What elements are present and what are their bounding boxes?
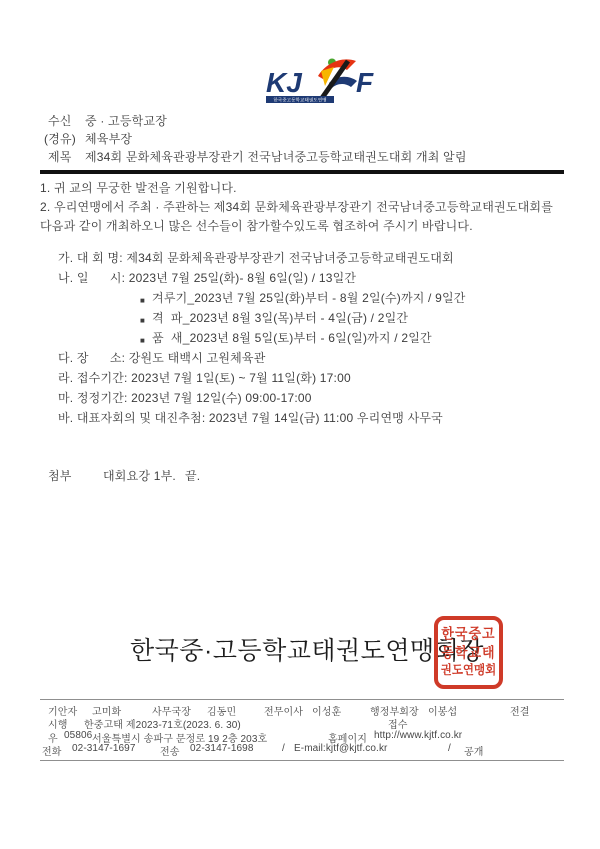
square-bullet-icon: ■ [140,313,145,328]
attachment-value: 대회요강 1부. [103,469,176,484]
subject-value: 제34회 문화체육관광부장관기 전국남녀중고등학교태권도대회 개최 알림 [85,150,467,165]
logo-f-text: F [356,67,374,98]
footer-top-divider [40,699,564,700]
item-registration-period: 라. 접수기간: 2023년 7월 1일(토) ~ 7월 11일(화) 17:0… [58,371,351,386]
footer-homepage-url: http://www.kjtf.co.kr [374,730,462,741]
recipient-label: 수신 [48,114,72,129]
footer-phone-number: 02-3147-1697 [72,743,135,754]
taekwondo-kicker-icon [318,59,357,99]
footer-postal-code: 05806 [64,730,92,741]
footer-issuance-number: 한중고태 제2023-71호(2023. 6. 30) [84,716,241,731]
seal-row-2: 등학교태 [441,642,495,663]
seal-row-3: 권도연맹회 [441,661,497,682]
footer-email: E-mail:kjtf@kjtf.co.kr [294,743,387,754]
footer-slash-1: / [282,743,285,754]
item-event-name: 가. 대 회 명: 제34회 문화체육관광부장관기 전국남녀중고등학교태권도대회 [58,251,454,266]
footer-issuance-label: 시행 [48,716,68,731]
item-representative-meeting: 바. 대표자회의 및 대진추첨: 2023년 7월 14일(금) 11:00 우… [58,411,443,426]
logo-subtext: 한국중고등학교태권도연맹 [273,96,326,103]
footer-bottom-divider [40,760,564,761]
body-paragraph-2-line2: 다음과 같이 개최하오니 많은 선수들이 참가할수있도록 협조하여 주시기 바랍… [40,219,473,234]
footer-phone-label: 전화 [42,743,62,758]
kjtf-logo-graphic: KJ F 한국중고등학교태권도연맹 [266,56,380,104]
end-mark: 끝. [185,469,200,484]
footer-fax-number: 02-3147-1698 [190,743,253,754]
bullet-text: 겨루기_2023년 7월 25일(화)부터 - 8월 2일(수)까지 / 9일간 [152,291,466,306]
recipient-value: 중 · 고등학교장 [85,114,167,129]
footer-fax-label: 전송 [160,743,180,758]
seal-row-1: 한국중고 [441,623,495,644]
footer-receipt-label: 접수 [388,716,408,731]
bullet-item-kyorugi: ■ 겨루기_2023년 7월 25일(화)부터 - 8월 2일(수)까지 / 9… [140,291,466,306]
body-paragraph-1: 1. 귀 교의 무궁한 발전을 기원합니다. [40,181,237,196]
footer-slash-2: / [448,743,451,754]
bullet-text: 격 파_2023년 8월 3일(목)부터 - 4일(금) / 2일간 [152,311,408,326]
body-paragraph-2-line1: 2. 우리연맹에서 주최 · 주관하는 제34회 문화체육관광부장관기 전국남녀… [40,200,553,215]
attachment-label: 첨부 [48,469,72,484]
footer-disclosure-label: 공개 [464,743,484,758]
document-page: KJ F 한국중고등학교태권도연맹 수신 중 · 고등학교장 (경유) 체육부장… [0,0,600,849]
item-venue: 다. 장 소: 강원도 태백시 고원체육관 [58,351,266,366]
bullet-item-poomsae: ■ 품 새_2023년 8월 5일(토)부터 - 6일(일)까지 / 2일간 [140,331,432,346]
bullet-item-kyokpa: ■ 격 파_2023년 8월 3일(목)부터 - 4일(금) / 2일간 [140,311,408,326]
logo-kj-text: KJ [266,67,303,98]
via-value: 체육부장 [85,132,132,147]
footer-executive-director-label: 전무이사 [264,703,303,718]
via-label: (경유) [44,132,76,147]
footer-final-approval-label: 전결 [510,703,530,718]
footer-vp-admin-name: 이봉섭 [428,703,457,718]
official-seal: 한국중고 등학교태 권도연맹회 [434,616,503,689]
square-bullet-icon: ■ [140,293,145,308]
header-divider [40,170,564,174]
footer-executive-director-name: 이성훈 [312,703,341,718]
subject-label: 제목 [48,150,72,165]
square-bullet-icon: ■ [140,333,145,348]
signature-title: 한국중·고등학교태권도연맹회장 [130,631,484,667]
kjtf-logo: KJ F 한국중고등학교태권도연맹 [266,56,380,104]
item-correction-period: 마. 정정기간: 2023년 7월 12일(수) 09:00-17:00 [58,391,312,406]
bullet-text: 품 새_2023년 8월 5일(토)부터 - 6일(일)까지 / 2일간 [152,331,432,346]
item-event-date: 나. 일 시: 2023년 7월 25일(화)- 8월 6일(일) / 13일간 [58,271,356,286]
